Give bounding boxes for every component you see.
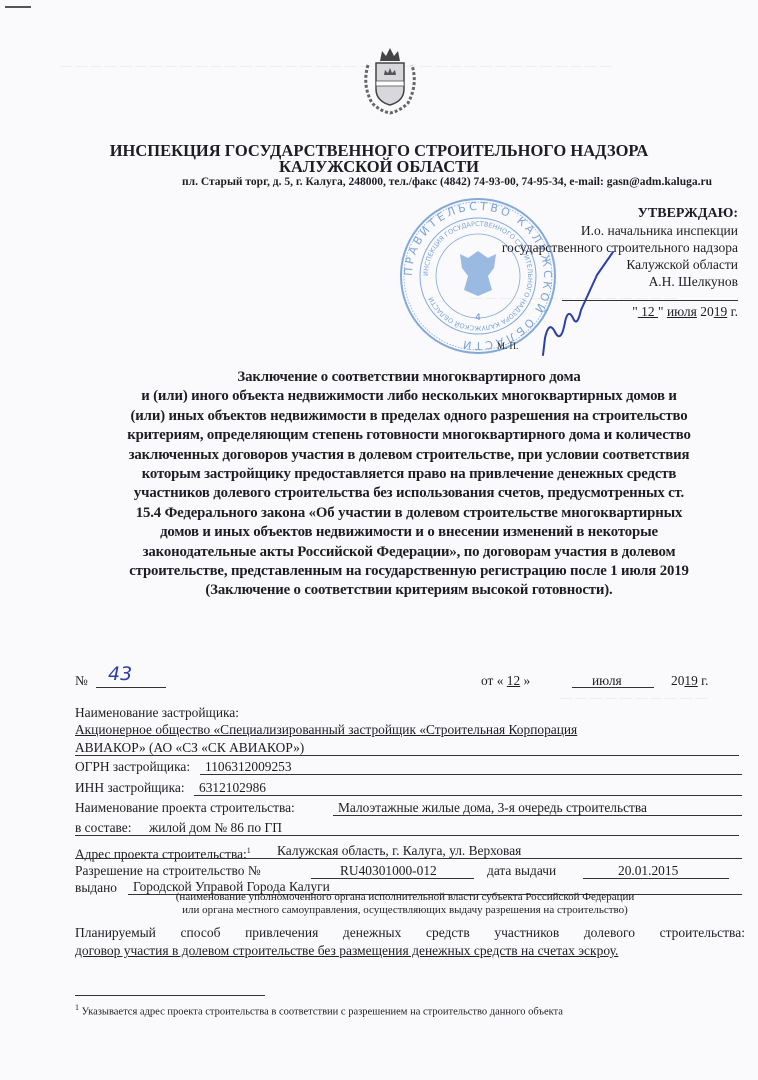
project-name: Малоэтажные жилые дома, 3-я очередь стро…: [338, 800, 647, 816]
seal-placeholder-label: М. П.: [497, 341, 518, 351]
coat-of-arms-icon: [360, 45, 420, 115]
funding-method-label: Планируемый способ привлечения денежных …: [75, 924, 745, 941]
organization-region: КАЛУЖСКОЙ ОБЛАСТИ: [0, 158, 758, 175]
document-title: Заключение о соответствии многоквартирно…: [60, 368, 758, 601]
permit-number-label: Разрешение на строительство №: [75, 863, 261, 879]
footnote: 1 Указывается адрес проекта строительств…: [75, 1003, 563, 1018]
funding-method-value: договор участия в долевом строительстве …: [75, 942, 618, 959]
document-date-year: 2019 г.: [671, 673, 708, 689]
document-page: — — — — — — — — — — — — — — — — — — — — …: [0, 0, 758, 1080]
permit-issue-date: 20.01.2015: [618, 863, 678, 879]
approval-date-month: июля: [667, 304, 697, 319]
permit-issuer-caption: (наименование уполномоченного органа исп…: [75, 891, 735, 917]
developer-name-line2: АВИАКОР» (АО «СЗ «СК АВИАКОР»): [75, 740, 304, 756]
developer-inn: 6312102986: [199, 780, 266, 796]
permit-number: RU40301000-012: [340, 863, 437, 879]
developer-name-label: Наименование застройщика:: [75, 705, 239, 721]
handwritten-signature: [535, 250, 645, 360]
approval-heading: УТВЕРЖДАЮ:: [502, 205, 738, 222]
document-number: 43: [108, 666, 132, 682]
document-date-day: 12: [507, 673, 520, 688]
footnote-separator: [75, 995, 265, 996]
bleed-through-text: — — — — — — — — — —: [560, 690, 707, 705]
document-date: от « 12 »: [481, 673, 530, 689]
approval-position: И.о. начальника инспекции: [502, 222, 738, 239]
approval-date-year: 19: [714, 304, 728, 319]
document-number-label: №: [75, 673, 88, 689]
permit-issue-date-label: дата выдачи: [487, 863, 556, 879]
developer-name-line1: Акционерное общество «Специализированный…: [75, 722, 577, 738]
project-address: Калужская область, г. Калуга, ул. Верхов…: [277, 843, 521, 859]
developer-ogrn: 1106312009253: [205, 759, 292, 775]
document-date-month: июля: [592, 673, 622, 689]
organization-address: пл. Старый торг, д. 5, г. Калуга, 248000…: [92, 176, 712, 188]
scan-artifact: [5, 6, 31, 8]
project-composition: жилой дом № 86 по ГП: [149, 820, 282, 836]
svg-text:4: 4: [475, 313, 481, 323]
developer-inn-label: ИНН застройщика:: [75, 780, 185, 796]
developer-ogrn-label: ОГРН застройщика:: [75, 759, 190, 775]
bleed-through-text: — — — — — — — — — — — — — — — — — — — — …: [60, 58, 612, 73]
project-name-label: Наименование проекта строительства:: [75, 800, 295, 816]
developer-inn-field: [194, 780, 742, 796]
